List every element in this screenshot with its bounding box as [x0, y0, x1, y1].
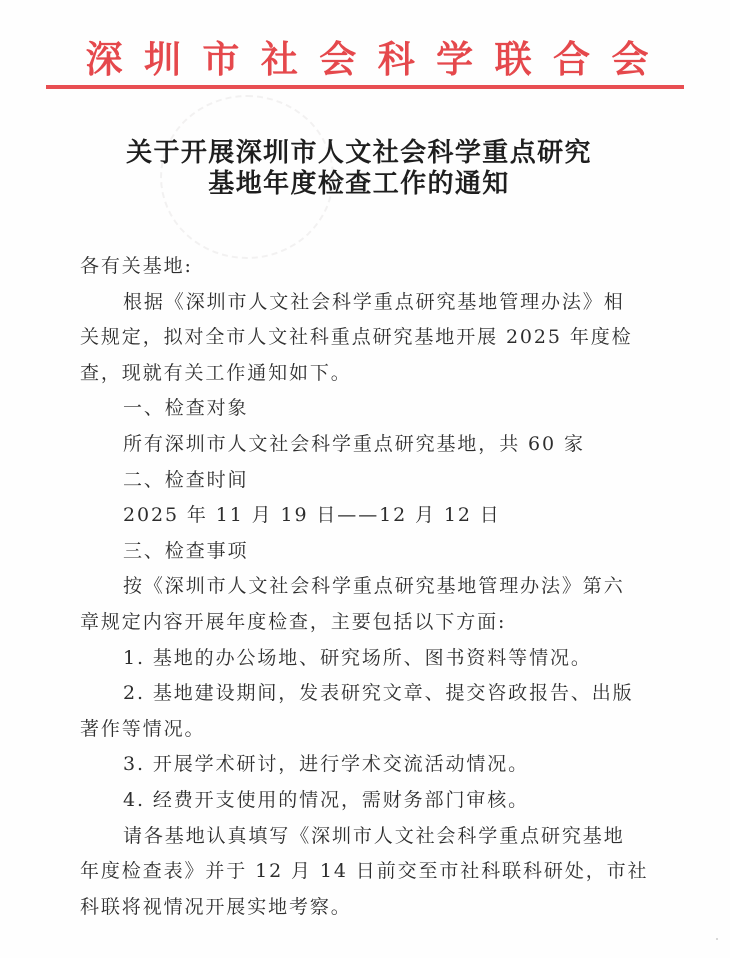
list-item-continuation: 著作等情况。	[80, 712, 636, 748]
items-intro-line: 按《深圳市人文社会科学重点研究基地管理办法》第六	[80, 569, 636, 605]
letterhead-char: 合	[552, 36, 592, 82]
section-heading-inspection-time: 二、检查时间	[80, 463, 636, 499]
list-item: 4. 经费开支使用的情况，需财务部门审核。	[80, 783, 636, 819]
closing-line: 请各基地认真填写《深圳市人文社会科学重点研究基地	[80, 819, 636, 855]
list-item: 3. 开展学术研讨，进行学术交流活动情况。	[80, 747, 636, 783]
list-item: 1. 基地的办公场地、研究场所、图书资料等情况。	[80, 641, 636, 677]
letterhead-char: 科	[376, 36, 416, 82]
salutation: 各有关基地:	[80, 249, 636, 285]
title-line-1: 关于开展深圳市人文社会科学重点研究	[0, 138, 718, 169]
letterhead-char: 市	[201, 36, 241, 82]
letterhead-red-divider	[46, 85, 684, 89]
closing-line: 科联将视情况开展实地考察。	[80, 890, 636, 926]
letterhead-char: 会	[318, 36, 358, 82]
letterhead-char: 圳	[142, 36, 182, 82]
list-item: 2. 基地建设期间，发表研究文章、提交咨政报告、出版	[80, 676, 636, 712]
letterhead-char: 会	[610, 36, 650, 82]
intro-line: 根据《深圳市人文社会科学重点研究基地管理办法》相	[80, 285, 636, 321]
letterhead-char: 深	[84, 36, 124, 82]
letterhead-char: 社	[259, 36, 299, 82]
section-content-inspection-target: 所有深圳市人文社会科学重点研究基地，共 60 家	[80, 427, 636, 463]
section-heading-inspection-target: 一、检查对象	[80, 391, 636, 427]
intro-line: 关规定，拟对全市人文社科重点研究基地开展 2025 年度检	[80, 320, 636, 356]
closing-line: 年度检查表》并于 12 月 14 日前交至市社科联科研处，市社	[80, 854, 636, 890]
title-line-2: 基地年度检查工作的通知	[0, 169, 718, 200]
scan-noise	[716, 938, 718, 940]
document-body: 各有关基地: 根据《深圳市人文社会科学重点研究基地管理办法》相 关规定，拟对全市…	[80, 249, 636, 925]
intro-line: 查，现就有关工作通知如下。	[80, 356, 636, 392]
items-intro-line: 章规定内容开展年度检查，主要包括以下方面:	[80, 605, 636, 641]
letterhead-organization-name: 深 圳 市 社 会 科 学 联 合 会	[84, 36, 650, 82]
letterhead-char: 联	[493, 36, 533, 82]
section-heading-inspection-items: 三、检查事项	[80, 534, 636, 570]
document-page: 深 圳 市 社 会 科 学 联 合 会 关于开展深圳市人文社会科学重点研究 基地…	[0, 0, 730, 958]
section-content-inspection-time: 2025 年 11 月 19 日——12 月 12 日	[80, 498, 636, 534]
document-title: 关于开展深圳市人文社会科学重点研究 基地年度检查工作的通知	[0, 138, 718, 200]
letterhead-char: 学	[435, 36, 475, 82]
